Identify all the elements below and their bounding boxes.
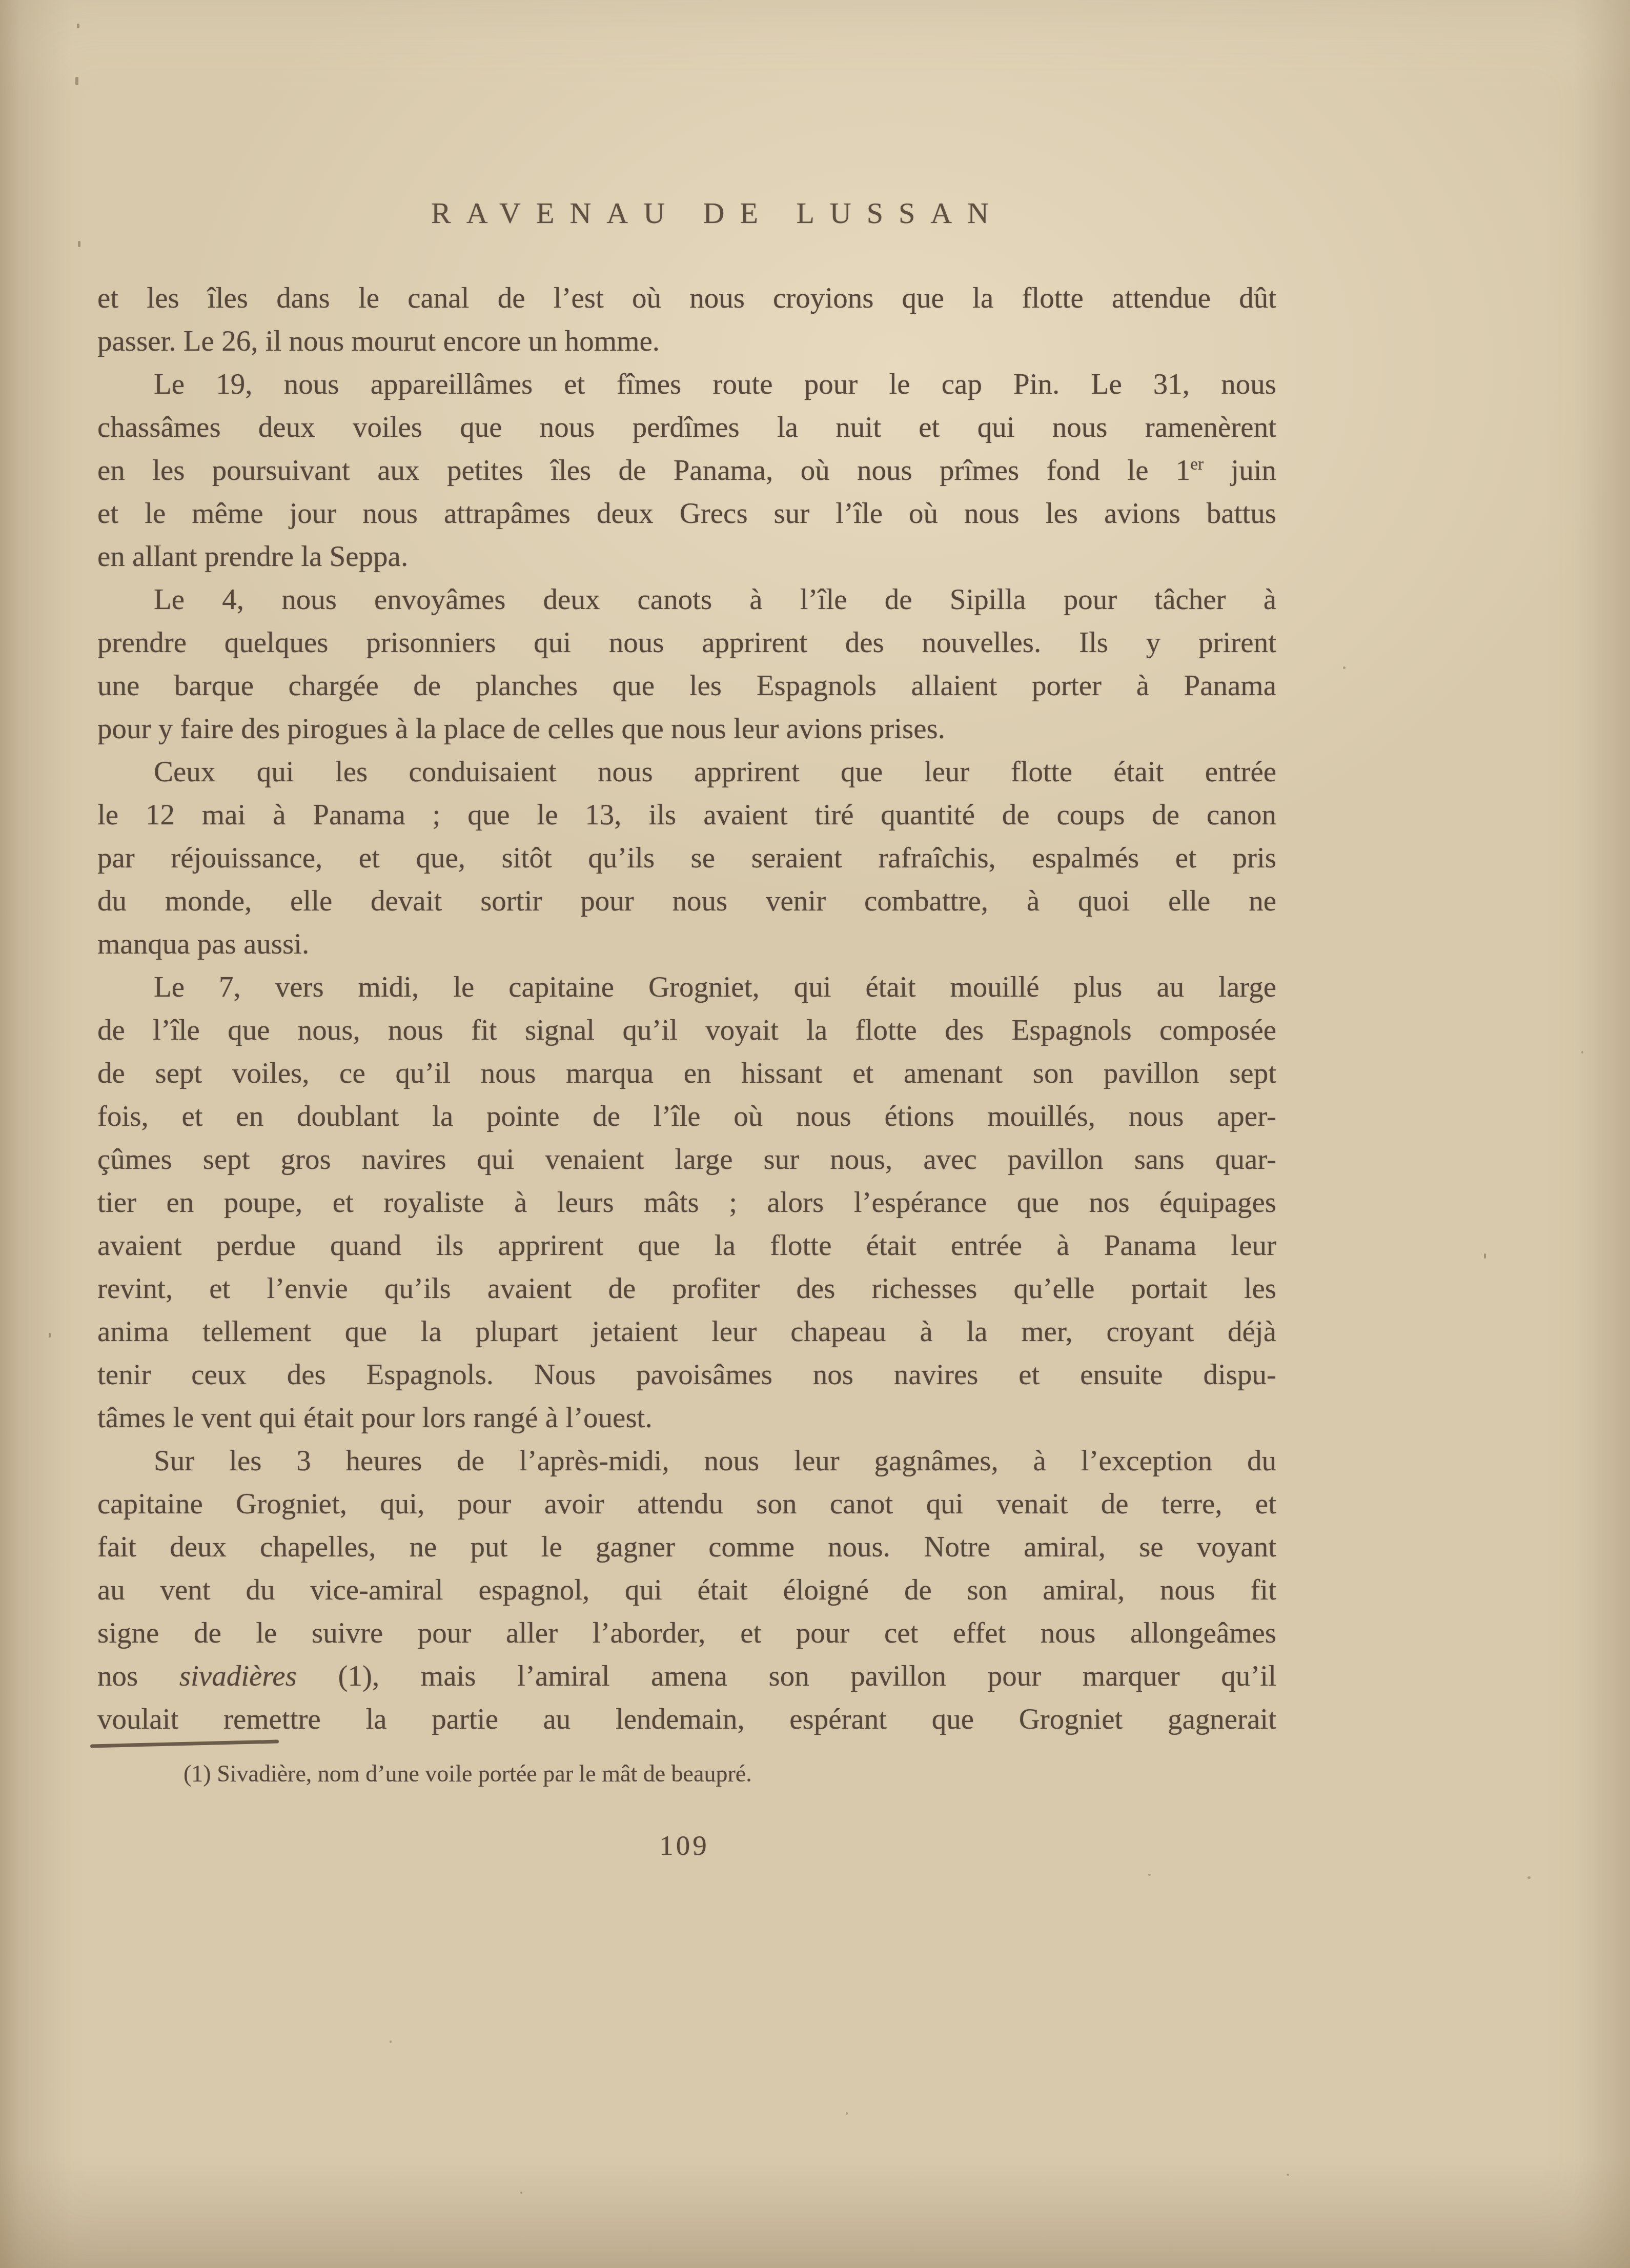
text-line: Le 7, vers midi, le capitaine Grogniet, … xyxy=(97,966,1276,1009)
book-page: RAVENAU DE LUSSAN et les îles dans le ca… xyxy=(0,0,1630,2268)
paper-speck xyxy=(1148,1874,1151,1876)
text-line: anima tellement que la plupart jetaient … xyxy=(97,1310,1276,1353)
paper-speck xyxy=(1343,666,1346,669)
body-text: et les îles dans le canal de l’est où no… xyxy=(97,277,1276,1741)
text-line: Le 19, nous appareillâmes et fîmes route… xyxy=(97,363,1276,406)
text-line: Ceux qui les conduisaient nous apprirent… xyxy=(97,751,1276,794)
paper-speck xyxy=(75,77,78,85)
text-line: tier en poupe, et royaliste à leurs mâts… xyxy=(97,1181,1276,1224)
text-line: Le 4, nous envoyâmes deux canots à l’île… xyxy=(97,578,1276,621)
paper-speck xyxy=(159,544,161,546)
paper-speck xyxy=(1581,1051,1583,1054)
text-line: en les poursuivant aux petites îles de P… xyxy=(97,449,1276,492)
paper-speck xyxy=(77,24,79,28)
text-line: pour y faire des pirogues à la place de … xyxy=(97,707,1276,751)
text-line: capitaine Grogniet, qui, pour avoir atte… xyxy=(97,1483,1276,1526)
text-line: signe de le suivre pour aller l’aborder,… xyxy=(97,1612,1276,1655)
text-line: tenir ceux des Espagnols. Nous pavoisâme… xyxy=(97,1353,1276,1396)
paper-speck xyxy=(49,1333,51,1338)
text-line: voulait remettre la partie au lendemain,… xyxy=(97,1698,1276,1741)
text-line: passer. Le 26, il nous mourut encore un … xyxy=(97,320,1276,363)
paper-speck xyxy=(520,2192,522,2194)
text-line: et le même jour nous attrapâmes deux Gre… xyxy=(97,492,1276,535)
footnote: (1) Sivadière, nom d’une voile portée pa… xyxy=(97,1758,1276,1789)
text-line: fait deux chapelles, ne put le gagner co… xyxy=(97,1526,1276,1569)
paper-speck xyxy=(846,2112,848,2115)
text-line: de sept voiles, ce qu’il nous marqua en … xyxy=(97,1052,1276,1095)
text-line: du monde, elle devait sortir pour nous v… xyxy=(97,880,1276,923)
text-line: revint, et l’envie qu’ils avaient de pro… xyxy=(97,1267,1276,1310)
text-line: une barque chargée de planches que les E… xyxy=(97,664,1276,707)
text-line: fois, et en doublant la pointe de l’île … xyxy=(97,1095,1276,1138)
paper-speck xyxy=(1527,1876,1531,1879)
paper-speck xyxy=(1484,1253,1486,1259)
text-line: Sur les 3 heures de l’après-midi, nous l… xyxy=(97,1440,1276,1483)
text-line: avaient perdue quand ils apprirent que l… xyxy=(97,1224,1276,1267)
paper-speck xyxy=(1287,2174,1289,2176)
text-line: chassâmes deux voiles que nous perdîmes … xyxy=(97,406,1276,449)
text-line: le 12 mai à Panama ; que le 13, ils avai… xyxy=(97,794,1276,837)
text-line: en allant prendre la Seppa. xyxy=(97,535,1276,578)
text-line: manqua pas aussi. xyxy=(97,923,1276,966)
text-line: au vent du vice-amiral espagnol, qui éta… xyxy=(97,1569,1276,1612)
text-line: par réjouissance, et que, sitôt qu’ils s… xyxy=(97,837,1276,880)
running-head: RAVENAU DE LUSSAN xyxy=(131,196,1305,230)
text-line: et les îles dans le canal de l’est où no… xyxy=(97,277,1276,320)
paper-speck xyxy=(78,241,80,247)
text-line: çûmes sept gros navires qui venaient lar… xyxy=(97,1138,1276,1181)
text-line: tâmes le vent qui était pour lors rangé … xyxy=(97,1396,1276,1440)
page-number: 109 xyxy=(97,1829,1271,1861)
paper-speck xyxy=(390,2040,392,2043)
text-line: de l’île que nous, nous fit signal qu’il… xyxy=(97,1009,1276,1052)
text-line: prendre quelques prisonniers qui nous ap… xyxy=(97,621,1276,664)
text-line: nos sivadières (1), mais l’amiral amena … xyxy=(97,1655,1276,1698)
